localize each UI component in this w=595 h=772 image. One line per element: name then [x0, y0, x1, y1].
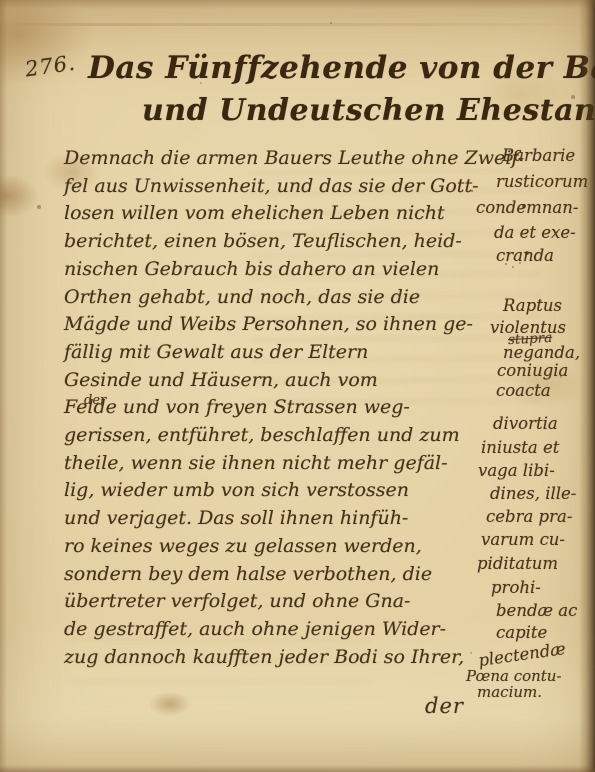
margin-note: Raptus: [503, 296, 562, 315]
body-line: de gestraffet, auch ohne jenigen Wider-: [64, 616, 464, 644]
manuscript-page: 276. Das Fünffzehende von der Bauren und…: [0, 0, 595, 772]
catchword: der: [425, 694, 464, 718]
body-line: Mägde und Weibs Persohnen, so ihnen ge-: [64, 311, 464, 339]
margin-note: plectendæ: [477, 639, 567, 670]
page-edge-shadow-top: [0, 0, 595, 9]
margin-note: coniugia: [497, 361, 568, 380]
body-line: fällig mit Gewalt aus der Eltern: [64, 339, 464, 367]
body-line: und verjaget. Das soll ihnen hinfüh-: [64, 505, 464, 533]
page-edge-shadow-bottom: [0, 765, 595, 772]
margin-note: coacta: [496, 381, 551, 400]
body-line: losen willen vom ehelichen Leben nicht: [64, 200, 464, 228]
body-line: lig, wieder umb von sich verstossen: [64, 477, 464, 505]
margin-note: rusticorum: [496, 172, 588, 191]
margin-note: neganda,: [503, 343, 580, 362]
margin-note: macium.: [477, 683, 542, 701]
body-line: Felde und von freyen Strassen weg-: [64, 394, 464, 422]
section-number: 276.: [24, 51, 78, 82]
body-line: übertreter verfolget, und ohne Gna-: [64, 588, 464, 616]
body-line: Demnach die armen Bauers Leuthe ohne Zwe…: [64, 145, 464, 173]
margin-note: varum cu-: [481, 530, 565, 549]
body-line: Orthen gehabt, und noch, das sie die: [64, 284, 464, 312]
page-edge-shadow-left: [0, 0, 7, 772]
body-line: zug dannoch kaufften jeder Bodi so Ihrer…: [64, 644, 464, 672]
body-line: ro keines weges zu gelassen werden,: [64, 533, 464, 561]
margin-note: dines, ille-: [490, 484, 576, 503]
margin-note: bendæ ac: [496, 601, 577, 620]
margin-note: Barbarie: [502, 146, 575, 165]
chapter-title-line-2: und Undeutschen Ehestande.: [142, 93, 595, 128]
body-line: sondern bey dem halse verbothen, die: [64, 561, 464, 589]
margin-note: condemnan-: [476, 198, 578, 217]
margin-note: piditatum: [477, 554, 558, 573]
ink-specks: [0, 0, 2, 2]
margin-note: prohi-: [491, 578, 541, 597]
interlinear-insertion: der: [84, 393, 106, 408]
body-text: Demnach die armen Bauers Leuthe ohne Zwe…: [64, 145, 464, 671]
body-line: berichtet, einen bösen, Teuflischen, hei…: [64, 228, 464, 256]
margin-note: cebra pra-: [486, 507, 572, 526]
paper-crease: [0, 23, 595, 26]
body-line: gerissen, entführet, beschlaffen und zum: [64, 422, 464, 450]
body-line: theile, wenn sie ihnen nicht mehr gefäl-: [64, 450, 464, 478]
margin-note: capite: [496, 623, 547, 642]
margin-note: iniusta et: [481, 438, 559, 457]
margin-note: cranda: [496, 246, 554, 265]
body-line: Gesinde und Häusern, auch vom: [64, 367, 464, 395]
body-line: nischen Gebrauch bis dahero an vielen: [64, 256, 464, 284]
margin-note: divortia: [493, 414, 558, 433]
margin-note: vaga libi-: [478, 461, 555, 480]
margin-note: da et exe-: [494, 223, 576, 242]
body-line: fel aus Unwissenheit, und das sie der Go…: [64, 173, 464, 201]
chapter-title-line-1: Das Fünffzehende von der Bauren: [88, 50, 595, 86]
